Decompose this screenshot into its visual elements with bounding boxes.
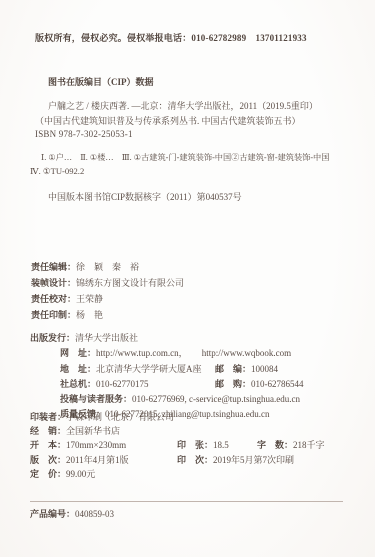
staff-label: 责任印制： bbox=[31, 310, 76, 320]
printing-info-section: 印装者：小森印刷（北京）有限公司 经 销：全国新华书店 开 本：170mm×23… bbox=[30, 410, 360, 481]
mail-order-field: 邮 购：010-62786544 bbox=[215, 377, 304, 392]
staff-value: 徐 颖 秦 裕 bbox=[76, 262, 139, 272]
cip-classification-line1: Ⅰ. ①户… Ⅱ. ①楼… Ⅲ. ①古建筑-门-建筑装饰-中国②古建筑-窗-建筑… bbox=[41, 152, 329, 163]
distributor-value: 全国新华书店 bbox=[66, 426, 120, 436]
sheets-value: 18.5 bbox=[213, 440, 229, 450]
staff-credits-section: 责任编辑：徐 颖 秦 裕 装帧设计：锦绣东方图文设计有限公司 责任校对：王荣静 … bbox=[31, 259, 184, 323]
cip-classification-line2: Ⅳ. ①TU-092.2 bbox=[30, 166, 84, 177]
reader-service-value: 010-62776969, c-service@tup.tsinghua.edu… bbox=[132, 394, 300, 404]
distributor-label: 经 销： bbox=[30, 426, 66, 436]
switchboard-value: 010-62770175 bbox=[96, 379, 149, 389]
mail-order-value: 010-62786544 bbox=[251, 379, 304, 389]
reader-service-row: 投稿与读者服务：010-62776969, c-service@tup.tsin… bbox=[30, 392, 360, 407]
impression-field: 印 次：2019年5月第7次印刷 bbox=[177, 453, 294, 467]
staff-value: 锦绣东方图文设计有限公司 bbox=[76, 278, 184, 288]
staff-row-printing-supervisor: 责任印制：杨 艳 bbox=[31, 307, 184, 323]
cip-series-line: （中国古代建筑知识普及与传承系列丛书. 中国古代建筑装饰五书） bbox=[35, 114, 301, 127]
zipcode-value: 100084 bbox=[251, 364, 278, 374]
website-url-2: http://www.wqbook.com bbox=[202, 346, 291, 361]
edition-label: 版 次： bbox=[30, 455, 66, 465]
website-row: 网 址：http://www.tup.com.cn，http://www.wqb… bbox=[30, 346, 360, 361]
product-number-value: 040859-03 bbox=[75, 509, 114, 519]
word-count-value: 218千字 bbox=[293, 440, 325, 450]
staff-value: 王荣静 bbox=[76, 294, 103, 304]
cip-isbn: ISBN 978-7-302-25053-1 bbox=[35, 129, 133, 139]
publisher-label: 出版发行： bbox=[30, 333, 75, 343]
staff-value: 杨 艳 bbox=[76, 310, 103, 320]
reader-service-label: 投稿与读者服务： bbox=[60, 394, 132, 404]
address-value: 北京清华大学学研大厦A座 bbox=[96, 364, 202, 374]
format-value: 170mm×230mm bbox=[66, 440, 126, 450]
staff-row-proofreader: 责任校对：王荣静 bbox=[31, 291, 184, 307]
distributor-row: 经 销：全国新华书店 bbox=[30, 424, 360, 438]
format-label: 开 本： bbox=[30, 440, 66, 450]
product-number-label: 产品编号： bbox=[30, 509, 75, 519]
mail-order-label: 邮 购： bbox=[215, 379, 251, 389]
word-count-label: 字 数： bbox=[257, 440, 293, 450]
website-label: 网 址： bbox=[60, 348, 96, 358]
address-row: 地 址：北京清华大学学研大厦A座 邮 编：100084 bbox=[30, 362, 360, 377]
website-url-1: http://www.tup.com.cn， bbox=[96, 348, 188, 358]
staff-label: 责任校对： bbox=[31, 294, 76, 304]
printer-label: 印装者： bbox=[30, 412, 66, 422]
sheets-label: 印 张： bbox=[177, 440, 213, 450]
switchboard-label: 社总机： bbox=[60, 379, 96, 389]
zipcode-field: 邮 编：100084 bbox=[215, 362, 278, 377]
product-number-row: 产品编号：040859-03 bbox=[30, 507, 114, 520]
publisher-info-section: 出版发行：清华大学出版社 网 址：http://www.tup.com.cn，h… bbox=[30, 331, 360, 423]
impression-value: 2019年5月第7次印刷 bbox=[213, 455, 294, 465]
staff-row-editor: 责任编辑：徐 颖 秦 裕 bbox=[31, 259, 184, 275]
edition-row: 版 次：2011年4月第1版 印 次：2019年5月第7次印刷 bbox=[30, 453, 360, 467]
staff-label: 装帧设计： bbox=[31, 278, 76, 288]
zipcode-label: 邮 编： bbox=[215, 364, 251, 374]
cip-entry-line: 户牖之艺 / 楼庆西著. —北京：清华大学出版社，2011（2019.5重印） bbox=[48, 99, 318, 112]
edition-value: 2011年4月第1版 bbox=[66, 455, 129, 465]
publisher-name: 清华大学出版社 bbox=[75, 333, 138, 343]
address-label: 地 址： bbox=[60, 364, 96, 374]
cip-record-number: 中国版本图书馆CIP数据核字（2011）第040537号 bbox=[48, 190, 242, 203]
colophon-page: 版权所有，侵权必究。侵权举报电话：010-62782989 1370112193… bbox=[0, 0, 375, 557]
publisher-row: 出版发行：清华大学出版社 bbox=[30, 331, 360, 346]
price-row: 定 价：99.00元 bbox=[30, 467, 360, 481]
price-value: 99.00元 bbox=[66, 469, 95, 479]
footer-divider bbox=[30, 501, 343, 502]
copyright-notice: 版权所有，侵权必究。侵权举报电话：010-62782989 1370112193… bbox=[35, 31, 307, 44]
staff-row-design: 装帧设计：锦绣东方图文设计有限公司 bbox=[31, 275, 184, 291]
sheets-field: 印 张：18.5 bbox=[177, 438, 229, 452]
printer-value: 小森印刷（北京）有限公司 bbox=[66, 412, 174, 422]
printer-row: 印装者：小森印刷（北京）有限公司 bbox=[30, 410, 360, 424]
word-count-field: 字 数：218千字 bbox=[257, 438, 325, 452]
staff-label: 责任编辑： bbox=[31, 262, 76, 272]
switchboard-row: 社总机：010-62770175 邮 购：010-62786544 bbox=[30, 377, 360, 392]
price-label: 定 价： bbox=[30, 469, 66, 479]
format-row: 开 本：170mm×230mm 印 张：18.5 字 数：218千字 bbox=[30, 438, 360, 452]
impression-label: 印 次： bbox=[177, 455, 213, 465]
cip-header: 图书在版编目（CIP）数据 bbox=[48, 75, 154, 88]
